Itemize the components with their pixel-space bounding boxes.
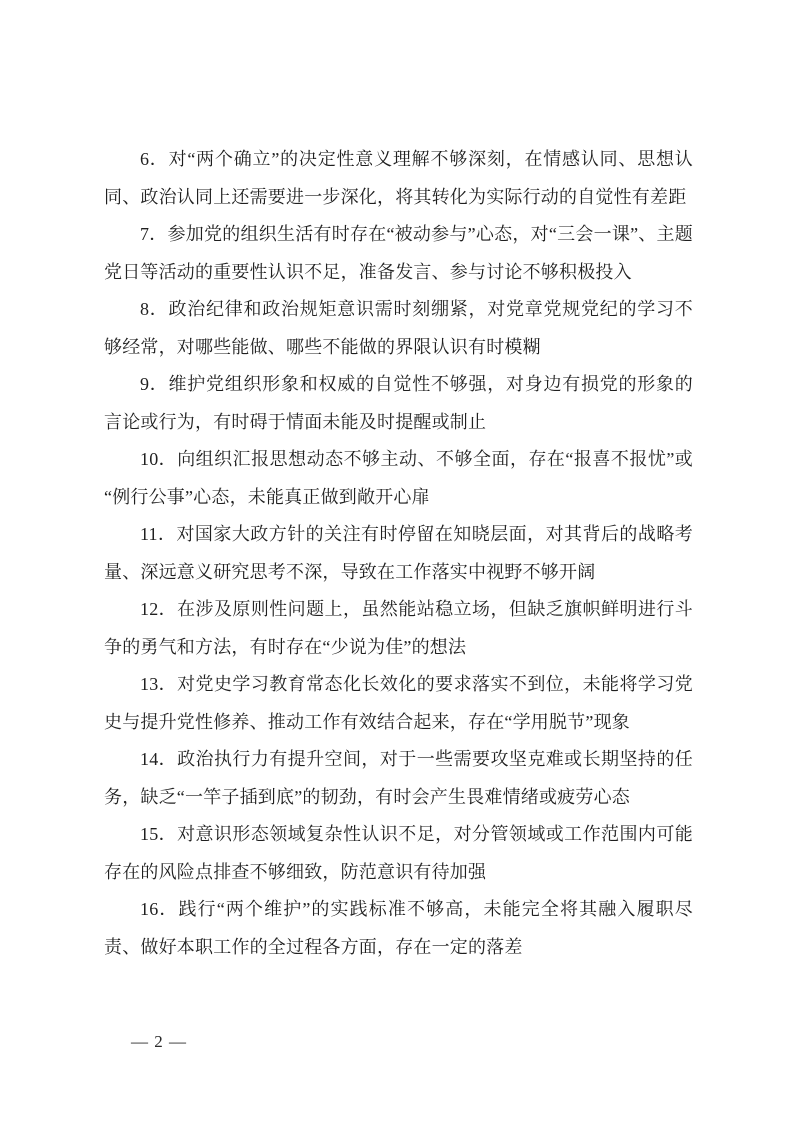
numbered-item-16: 16．践行“两个维护”的实践标准不够高，未能完全将其融入履职尽责、做好本职工作的…: [104, 891, 693, 966]
item-text: 参加党的组织生活有时存在“被动参与”心态，对“三会一课”、主题党日等活动的重要性…: [104, 224, 693, 282]
item-text: 维护党组织形象和权威的自觉性不够强，对身边有损党的形象的言论或行为，有时碍于情面…: [104, 374, 693, 432]
item-number: 6．: [140, 149, 169, 169]
numbered-item-9: 9．维护党组织形象和权威的自觉性不够强，对身边有损党的形象的言论或行为，有时碍于…: [104, 366, 693, 441]
document-page: 6．对“两个确立”的决定性意义理解不够深刻，在情感认同、思想认同、政治认同上还需…: [0, 0, 793, 1122]
item-text: 践行“两个维护”的实践标准不够高，未能完全将其融入履职尽责、做好本职工作的全过程…: [104, 899, 693, 957]
item-text: 对意识形态领域复杂性认识不足，对分管领域或工作范围内可能存在的风险点排查不够细致…: [104, 824, 693, 882]
item-text: 政治纪律和政治规矩意识需时刻绷紧，对党章党规党纪的学习不够经常，对哪些能做、哪些…: [104, 299, 693, 357]
item-number: 14．: [140, 749, 177, 769]
numbered-item-13: 13．对党史学习教育常态化长效化的要求落实不到位，未能将学习党史与提升党性修养、…: [104, 666, 693, 741]
item-number: 9．: [140, 374, 169, 394]
numbered-item-14: 14．政治执行力有提升空间，对于一些需要攻坚克难或长期坚持的任务，缺乏“一竿子插…: [104, 741, 693, 816]
item-text: 对国家大政方针的关注有时停留在知晓层面，对其背后的战略考量、深远意义研究思考不深…: [104, 524, 693, 582]
item-number: 8．: [140, 299, 169, 319]
item-number: 16．: [140, 899, 178, 919]
item-number: 15．: [140, 824, 177, 844]
item-number: 10．: [140, 449, 177, 469]
document-body: 6．对“两个确立”的决定性意义理解不够深刻，在情感认同、思想认同、政治认同上还需…: [104, 141, 693, 966]
numbered-item-7: 7．参加党的组织生活有时存在“被动参与”心态，对“三会一课”、主题党日等活动的重…: [104, 216, 693, 291]
item-number: 11．: [140, 524, 176, 544]
item-text: 对“两个确立”的决定性意义理解不够深刻，在情感认同、思想认同、政治认同上还需要进…: [104, 149, 693, 207]
item-text: 向组织汇报思想动态不够主动、不够全面，存在“报喜不报忧”或“例行公事”心态，未能…: [104, 449, 693, 507]
item-number: 12．: [140, 599, 177, 619]
item-text: 对党史学习教育常态化长效化的要求落实不到位，未能将学习党史与提升党性修养、推动工…: [104, 674, 693, 732]
page-number: — 2 —: [131, 1030, 187, 1054]
numbered-item-12: 12．在涉及原则性问题上，虽然能站稳立场，但缺乏旗帜鲜明进行斗争的勇气和方法，有…: [104, 591, 693, 666]
item-text: 在涉及原则性问题上，虽然能站稳立场，但缺乏旗帜鲜明进行斗争的勇气和方法，有时存在…: [104, 599, 693, 657]
item-number: 7．: [140, 224, 168, 244]
numbered-item-15: 15．对意识形态领域复杂性认识不足，对分管领域或工作范围内可能存在的风险点排查不…: [104, 816, 693, 891]
item-text: 政治执行力有提升空间，对于一些需要攻坚克难或长期坚持的任务，缺乏“一竿子插到底”…: [104, 749, 693, 807]
numbered-item-11: 11．对国家大政方针的关注有时停留在知晓层面，对其背后的战略考量、深远意义研究思…: [104, 516, 693, 591]
item-number: 13．: [140, 674, 177, 694]
numbered-item-10: 10．向组织汇报思想动态不够主动、不够全面，存在“报喜不报忧”或“例行公事”心态…: [104, 441, 693, 516]
numbered-item-6: 6．对“两个确立”的决定性意义理解不够深刻，在情感认同、思想认同、政治认同上还需…: [104, 141, 693, 216]
numbered-item-8: 8．政治纪律和政治规矩意识需时刻绷紧，对党章党规党纪的学习不够经常，对哪些能做、…: [104, 291, 693, 366]
